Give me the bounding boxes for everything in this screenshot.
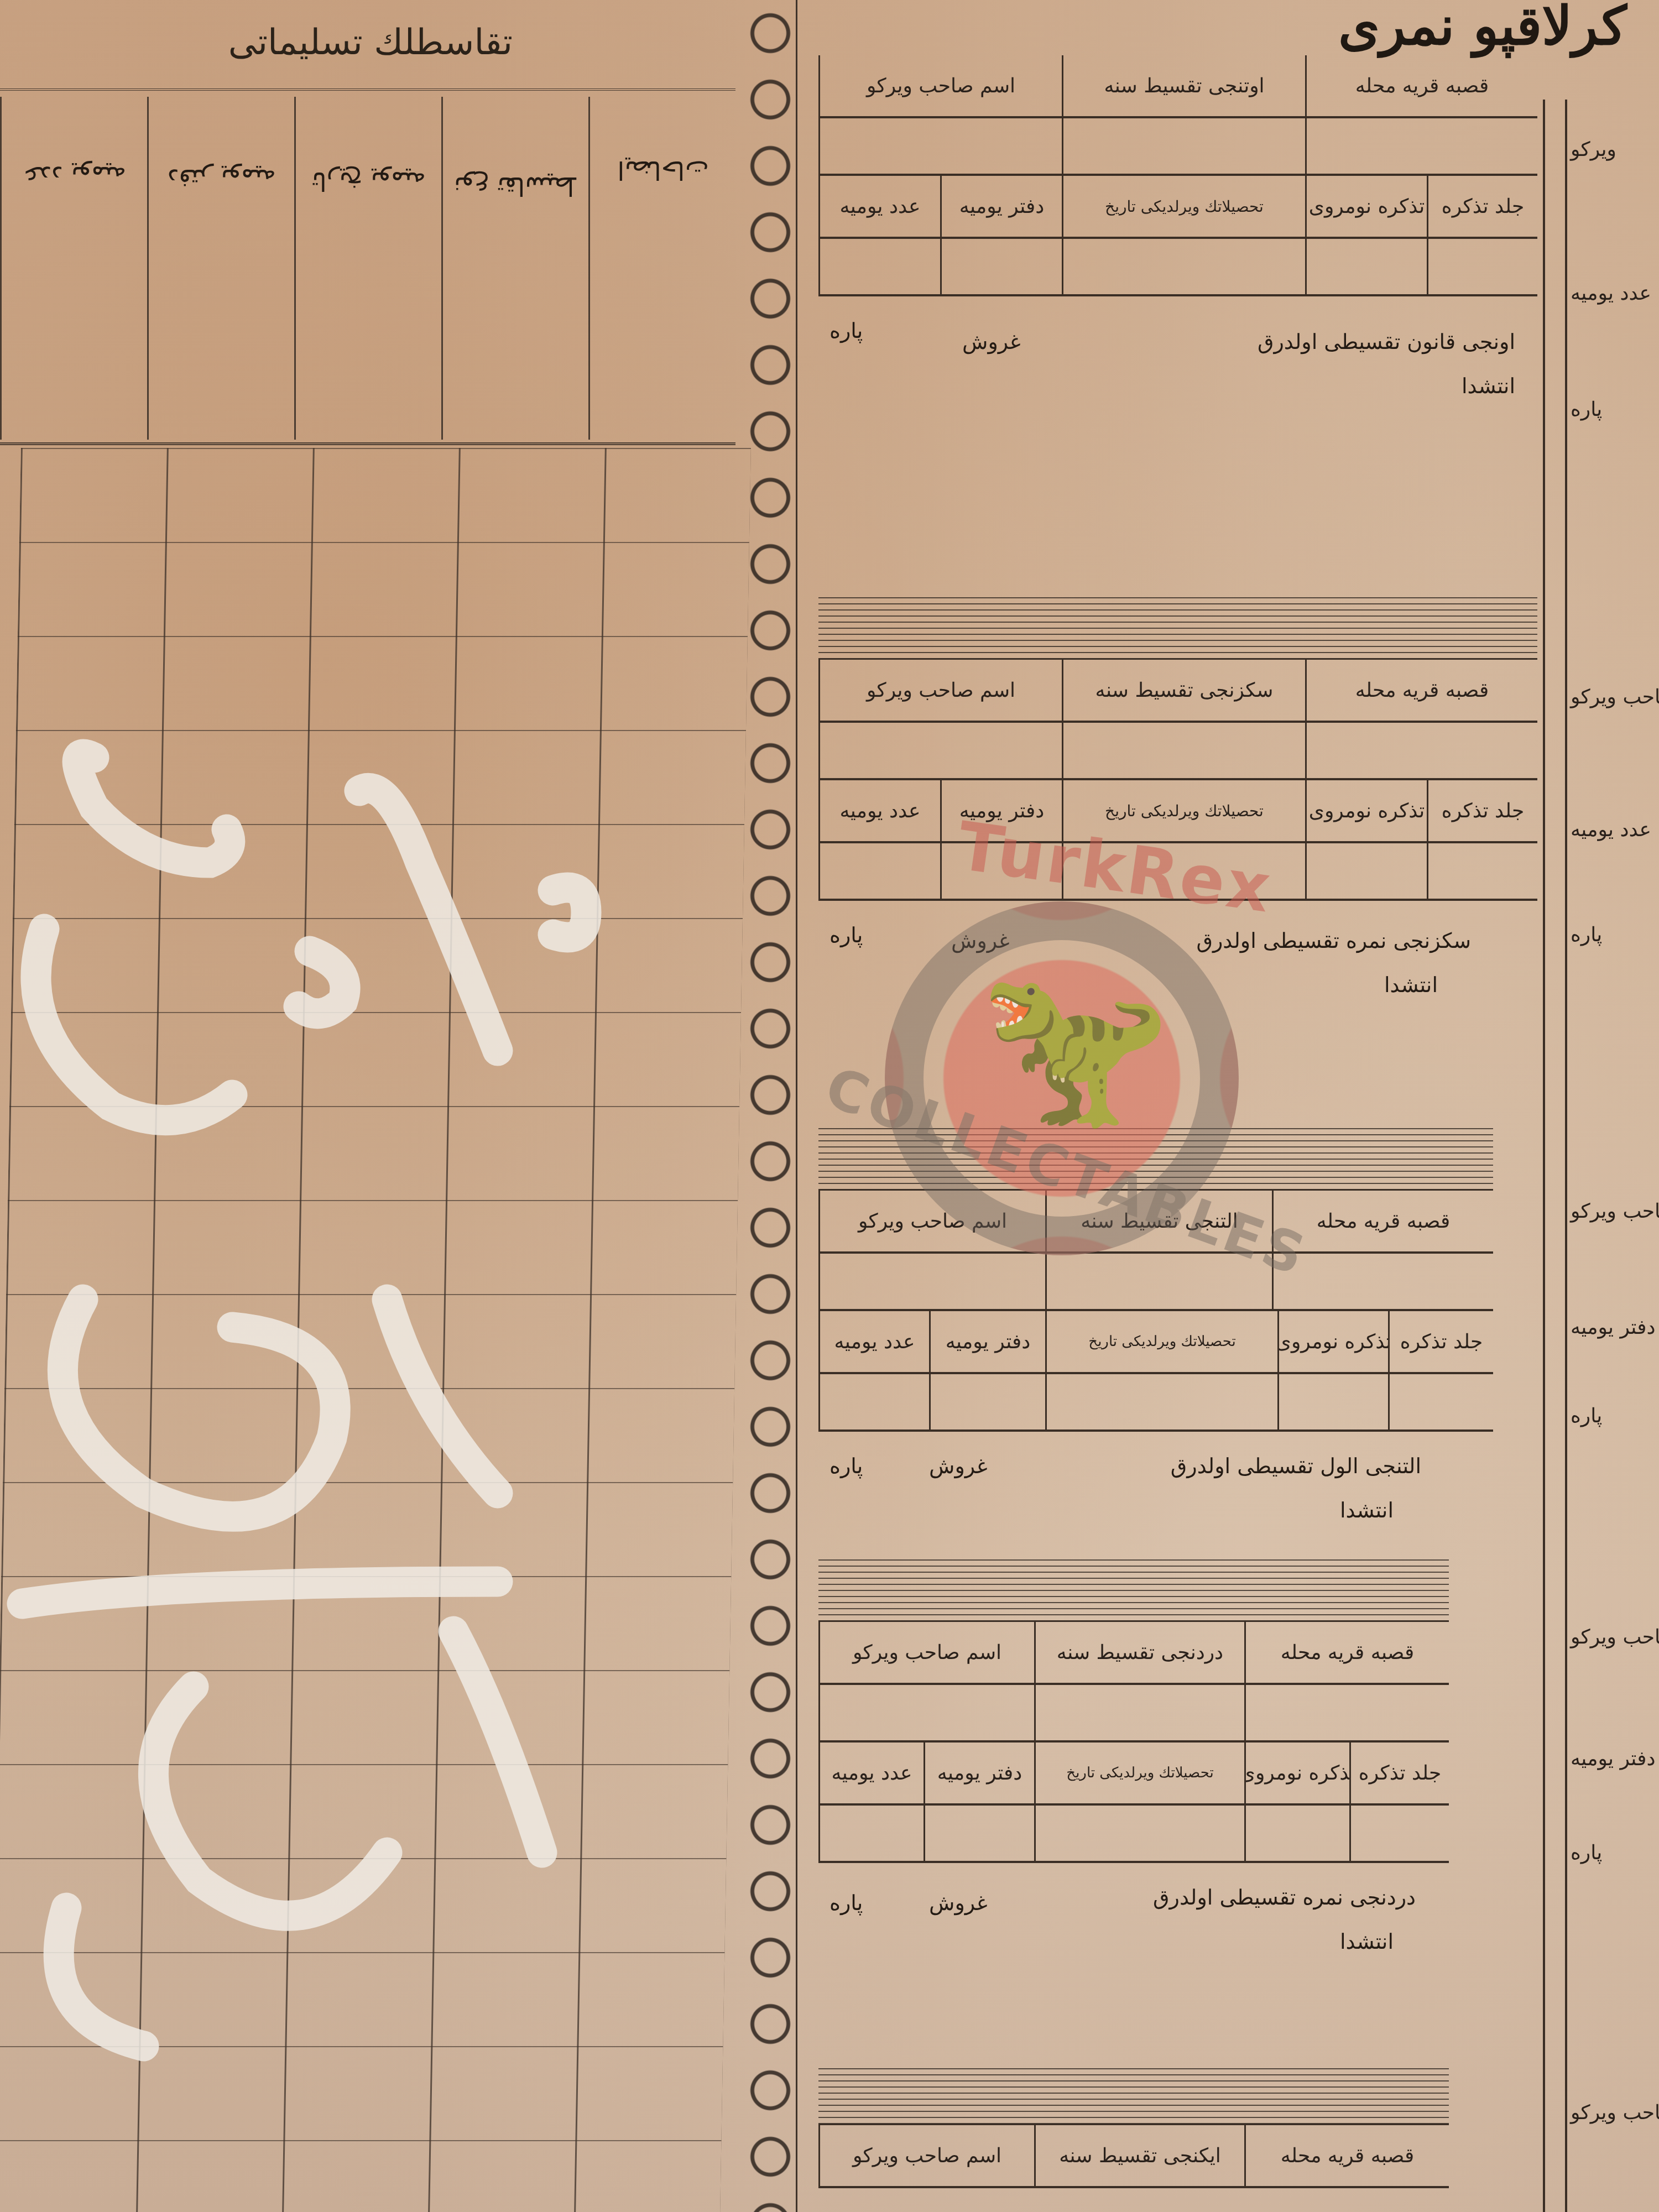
record-blank-row xyxy=(818,1254,1493,1311)
left-header-label: دفتر يوميه xyxy=(167,164,275,194)
hatch-band xyxy=(818,1559,1449,1622)
column-separator xyxy=(1565,100,1567,2212)
header-cell: قصبه قريه محله xyxy=(1244,1622,1449,1683)
record-block: قصبه قريه محله ايكنجى تقسيط سنه اسم صاحب… xyxy=(818,2068,1449,2188)
blank-cell xyxy=(1272,1254,1493,1309)
header-cell: التنجى تقسيط سنه xyxy=(1045,1191,1272,1251)
left-header-rule xyxy=(0,442,735,445)
header-cell: اسم صاحب ويركو xyxy=(818,55,1062,116)
side-sub: دفتر يوميه xyxy=(1571,1747,1655,1770)
left-header-cell: نوع تقاسيط xyxy=(441,97,588,440)
sub-cell: تذكره نومروى xyxy=(1277,1311,1388,1372)
sub-cell: جلد تذكره xyxy=(1388,1311,1493,1372)
left-ledger-title: تقاسطلك تسليماتى xyxy=(177,22,564,63)
sub-cell: تحصيلاتك ويرلديكى تاريخ xyxy=(1062,176,1305,237)
record-blank-row xyxy=(818,239,1537,296)
side-entry: پاره xyxy=(1571,1841,1602,1864)
blank-cell xyxy=(818,723,1062,778)
entry-kurus: غروش xyxy=(929,1454,988,1478)
record-header-row: قصبه قريه محله سكزنجى تقسيط سنه اسم صاحب… xyxy=(818,660,1537,723)
left-header-cell: عدد يوميه xyxy=(0,97,147,440)
header-cell: اسم صاحب ويركو xyxy=(818,2125,1034,2186)
blank-cell xyxy=(818,843,940,899)
record-subheader-row: جلد تذكره تذكره نومروى تحصيلاتك ويرلديكى… xyxy=(818,1311,1493,1374)
blank-cell xyxy=(818,1806,924,1861)
blank-cell xyxy=(1427,843,1537,899)
column-separator xyxy=(1543,100,1545,2212)
blank-cell xyxy=(1305,723,1537,778)
entry-para: پاره xyxy=(830,923,863,947)
left-header-cell: ايضاحات xyxy=(588,97,735,440)
blank-cell xyxy=(818,1685,1034,1740)
blank-cell xyxy=(1244,1806,1349,1861)
record-blank-row xyxy=(818,1806,1449,1863)
sub-cell: تحصيلاتك ويرلديكى تاريخ xyxy=(1045,1311,1277,1372)
blank-cell xyxy=(1062,118,1305,174)
side-header: صاحب ويركو xyxy=(1571,686,1659,708)
hatch-band xyxy=(818,597,1537,660)
left-ledger-grid xyxy=(0,448,751,2212)
side-header: صاحب ويركو xyxy=(1571,1200,1659,1223)
blank-cell xyxy=(1388,1374,1493,1430)
blank-cell xyxy=(818,118,1062,174)
hatch-band xyxy=(818,2068,1449,2125)
sub-cell: دفتر يوميه xyxy=(924,1743,1034,1803)
sub-cell: عدد يوميه xyxy=(818,780,940,841)
record-blank-row xyxy=(818,843,1537,901)
header-cell: ايكنجى تقسيط سنه xyxy=(1034,2125,1244,2186)
blank-cell xyxy=(1305,843,1427,899)
header-cell: قصبه قريه محله xyxy=(1272,1191,1493,1251)
header-cell: دردنجى تقسيط سنه xyxy=(1034,1622,1244,1683)
side-sub: عدد يوميه xyxy=(1571,818,1651,841)
blank-cell xyxy=(1062,239,1305,294)
blank-cell xyxy=(1045,1254,1272,1309)
left-top-rule xyxy=(0,88,735,91)
side-entry: پاره xyxy=(1571,1405,1602,1427)
record-header-row: قصبه قريه محله التنجى تقسيط سنه اسم صاحب… xyxy=(818,1191,1493,1254)
sub-cell: تحصيلاتك ويرلديكى تاريخ xyxy=(1062,780,1305,841)
blank-cell xyxy=(1305,239,1427,294)
left-header-label: نوع تقاسيط xyxy=(453,171,578,201)
entry-para: پاره xyxy=(830,319,863,343)
blank-cell xyxy=(1244,1685,1449,1740)
entry-text: سكزنجى نمره تقسيطى اولدرق xyxy=(1196,928,1471,953)
record-entry: دردنجى نمره تقسيطى اولدرق انتشدا غروش پا… xyxy=(818,1863,1449,2084)
record-block: قصبه قريه محله سكزنجى تقسيط سنه اسم صاحب… xyxy=(818,597,1537,1122)
entry-text: اونجى قانون تقسيطى اولدرق xyxy=(1258,330,1515,354)
record-blank-row xyxy=(818,1685,1449,1743)
entry-kurus: غروش xyxy=(951,928,1010,953)
left-header-label: ايضاحات xyxy=(617,155,708,185)
entry-text: دردنجى نمره تقسيطى اولدرق xyxy=(1153,1885,1416,1910)
entry-kurus: غروش xyxy=(929,1891,988,1915)
record-block: قصبه قريه محله اوتنجى تقسيط سنه اسم صاحب… xyxy=(818,55,1537,529)
entry-text-2: انتشدا xyxy=(1340,1498,1394,1522)
header-cell: اسم صاحب ويركو xyxy=(818,1622,1034,1683)
header-cell: سكزنجى تقسيط سنه xyxy=(1062,660,1305,721)
record-blank-row xyxy=(818,1374,1493,1432)
blank-cell xyxy=(1277,1374,1388,1430)
side-entry: پاره xyxy=(1571,924,1602,946)
sub-cell: دفتر يوميه xyxy=(940,780,1062,841)
form-title: كرلاقپو نمرى xyxy=(1338,0,1627,57)
sub-cell: دفتر يوميه xyxy=(940,176,1062,237)
record-blank-row xyxy=(818,723,1537,780)
side-header: اسم صاحب ويركو xyxy=(1571,1626,1659,1648)
header-cell: اسم صاحب ويركو xyxy=(818,660,1062,721)
adjacent-form-column: ويركو عدد يوميه پاره صاحب ويركو عدد يومي… xyxy=(1543,100,1659,2212)
entry-text-2: انتشدا xyxy=(1340,1929,1394,1954)
blank-cell xyxy=(1305,118,1537,174)
sub-cell: عدد يوميه xyxy=(818,176,940,237)
left-header-label: عدد يوميه xyxy=(23,161,126,191)
blank-cell xyxy=(924,1806,1034,1861)
side-header: ويركو xyxy=(1571,138,1616,161)
header-cell: قصبه قريه محله xyxy=(1244,2125,1449,2186)
hatch-band xyxy=(818,1128,1493,1191)
entry-para: پاره xyxy=(830,1454,863,1478)
blank-cell xyxy=(818,1374,929,1430)
sub-cell: تذكره نومروى xyxy=(1244,1743,1349,1803)
blank-cell xyxy=(818,239,940,294)
ornamental-divider xyxy=(735,0,807,2212)
sub-cell: تحصيلاتك ويرلديكى تاريخ xyxy=(1034,1743,1244,1803)
blank-cell xyxy=(1034,1685,1244,1740)
left-ledger: تقاسطلك تسليماتى ايضاحات نوع تقاسيط تاري… xyxy=(0,0,741,2212)
blank-cell xyxy=(940,239,1062,294)
entry-text: التنجى الول تقسيطى اولدرق xyxy=(1171,1454,1421,1478)
sub-cell: عدد يوميه xyxy=(818,1311,929,1372)
blank-cell xyxy=(1062,723,1305,778)
header-cell: اوتنجى تقسيط سنه xyxy=(1062,55,1305,116)
header-cell: اسم صاحب ويركو xyxy=(818,1191,1045,1251)
sub-cell: تذكره نومروى xyxy=(1305,176,1427,237)
side-entry: پاره xyxy=(1571,398,1602,421)
side-header: اسم صاحب ويركو xyxy=(1571,2101,1659,2124)
entry-para: پاره xyxy=(830,1891,863,1915)
record-header-row: قصبه قريه محله دردنجى تقسيط سنه اسم صاحب… xyxy=(818,1622,1449,1685)
left-header-cell: تاريخ يوميه xyxy=(294,97,441,440)
record-block: قصبه قريه محله دردنجى تقسيط سنه اسم صاحب… xyxy=(818,1559,1449,2084)
divider-line xyxy=(796,0,797,2212)
record-blank-row xyxy=(818,118,1537,176)
blank-cell xyxy=(818,1254,1045,1309)
left-header-label: تاريخ يوميه xyxy=(312,166,426,196)
right-form: كرلاقپو نمرى قصبه قريه محله اوتنجى تقسيط… xyxy=(807,0,1659,2212)
side-sub: عدد يوميه xyxy=(1571,282,1651,305)
scroll-ornament-border xyxy=(740,0,795,2212)
blank-cell xyxy=(1349,1806,1449,1861)
sub-cell: جلد تذكره xyxy=(1427,780,1537,841)
record-subheader-row: جلد تذكره تذكره نومروى تحصيلاتك ويرلديكى… xyxy=(818,1743,1449,1806)
record-entry: اونجى قانون تقسيطى اولدرق انتشدا غروش پا… xyxy=(818,296,1537,529)
sub-cell: جلد تذكره xyxy=(1427,176,1537,237)
header-cell: قصبه قريه محله xyxy=(1305,660,1537,721)
record-subheader-row: جلد تذكره تذكره نومروى تحصيلاتك ويرلديكى… xyxy=(818,780,1537,843)
blank-cell xyxy=(929,1374,1045,1430)
entry-text-2: انتشدا xyxy=(1384,973,1438,997)
sub-cell: جلد تذكره xyxy=(1349,1743,1449,1803)
header-cell: قصبه قريه محله xyxy=(1305,55,1537,116)
record-header-row: قصبه قريه محله اوتنجى تقسيط سنه اسم صاحب… xyxy=(818,55,1537,118)
entry-kurus: غروش xyxy=(962,330,1021,354)
side-sub: دفتر يوميه xyxy=(1571,1316,1655,1339)
sub-cell: تذكره نومروى xyxy=(1305,780,1427,841)
blank-cell xyxy=(1062,843,1305,899)
blank-cell xyxy=(1045,1374,1277,1430)
blank-cell xyxy=(1034,1806,1244,1861)
entry-text-2: انتشدا xyxy=(1462,374,1515,398)
left-header-cell: دفتر يوميه xyxy=(147,97,294,440)
record-subheader-row: جلد تذكره تذكره نومروى تحصيلاتك ويرلديكى… xyxy=(818,176,1537,239)
sub-cell: دفتر يوميه xyxy=(929,1311,1045,1372)
blank-cell xyxy=(940,843,1062,899)
blank-cell xyxy=(1427,239,1537,294)
record-header-row: قصبه قريه محله ايكنجى تقسيط سنه اسم صاحب… xyxy=(818,2125,1449,2188)
sub-cell: عدد يوميه xyxy=(818,1743,924,1803)
record-entry: سكزنجى نمره تقسيطى اولدرق انتشدا غروش پا… xyxy=(818,901,1537,1122)
left-header-row: ايضاحات نوع تقاسيط تاريخ يوميه دفتر يومي… xyxy=(0,97,735,440)
